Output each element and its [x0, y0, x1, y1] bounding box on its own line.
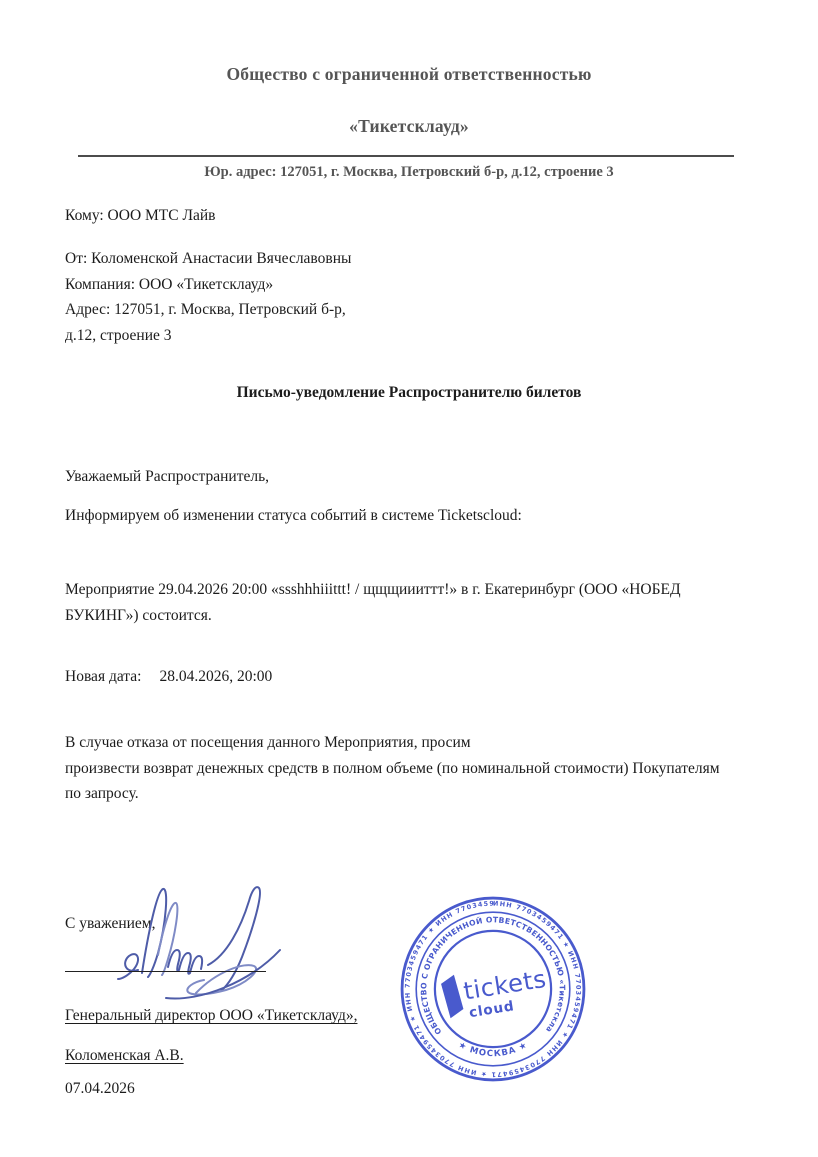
- letterhead-divider: [78, 155, 734, 157]
- letter-document: Общество с ограниченной ответственностью…: [0, 0, 818, 1157]
- signature-line: [65, 971, 266, 972]
- event-status-paragraph: Мероприятие 29.04.2026 20:00 «ssshhhiiit…: [65, 577, 758, 628]
- letterhead-legal-address: Юр. адрес: 127051, г. Москва, Петровский…: [0, 164, 818, 181]
- refund-paragraph: В случае отказа от посещения данного Мер…: [65, 730, 758, 807]
- signature-scribble: [108, 874, 300, 1006]
- stamp-logo: tickets cloud: [440, 961, 551, 1025]
- letter-title: Письмо-уведомление Распространителю биле…: [0, 380, 818, 406]
- letterhead-org-type: Общество с ограниченной ответственностью: [0, 64, 818, 85]
- new-date-row: Новая дата:28.04.2026, 20:00: [65, 664, 758, 690]
- new-date-label: Новая дата:: [65, 668, 141, 685]
- intro-line: Информируем об изменении статуса событий…: [65, 503, 758, 529]
- ticket-icon: [440, 974, 465, 1019]
- sender-block: От: Коломенской Анастасии Вячеславовны К…: [65, 246, 758, 348]
- letterhead-org-name: «Тикетсклауд»: [0, 116, 818, 137]
- company-stamp: ИНН 7703459471 ★ ИНН 7703459471 ★ ИНН 77…: [397, 893, 589, 1085]
- signature-stroke: [118, 954, 138, 979]
- new-date-value: 28.04.2026, 20:00: [159, 668, 272, 685]
- salutation: Уважаемый Распространитель,: [65, 464, 758, 490]
- recipient-line: Кому: ООО МТС Лайв: [65, 203, 758, 229]
- stamp-city-text: ★ МОСКВА ★: [456, 1040, 529, 1059]
